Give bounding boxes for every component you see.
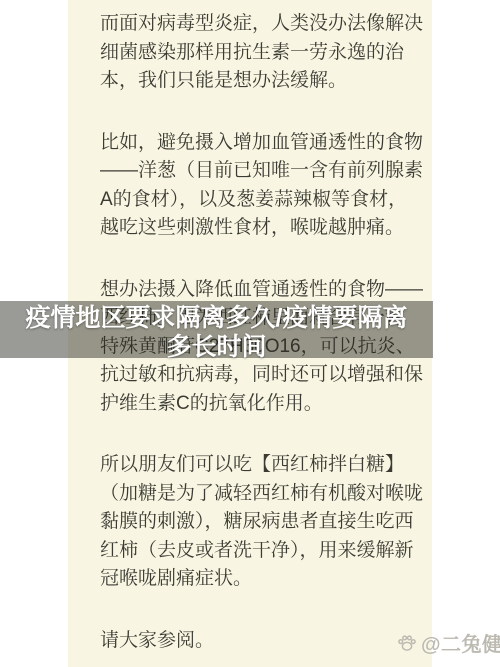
paragraph-closing: 请大家参阅。 [100, 627, 425, 656]
watermark: @二兔健康 [396, 628, 500, 657]
paw-icon [396, 632, 418, 654]
paragraph-tomato-sugar-advice: 所以朋友们可以吃【西红柿拌白糖】 （加糖是为了减轻西红柿有机酸对喉咙 黏膜的刺激… [100, 451, 425, 594]
watermark-handle: @二兔健康 [421, 628, 500, 657]
overlay-title-line2: 多长时间 [0, 333, 433, 362]
paragraph-virus-inflammation: 而面对病毒型炎症，人类没办法像解决 细菌感染那样用抗生素一劳永逸的治 本，我们只… [100, 10, 425, 96]
overlay-title-line1: 疫情地区要求隔离多久/疫情要隔离 [0, 304, 433, 333]
title-overlay-banner: 疫情地区要求隔离多久/疫情要隔离 多长时间 [0, 301, 433, 358]
paragraph-avoid-foods: 比如，避免摄入增加血管通透性的食物 ——洋葱（目前已知唯一含有前列腺素 A的食材… [100, 129, 425, 243]
page-background: 而面对病毒型炎症，人类没办法像解决 细菌感染那样用抗生素一劳永逸的治 本，我们只… [0, 0, 500, 667]
